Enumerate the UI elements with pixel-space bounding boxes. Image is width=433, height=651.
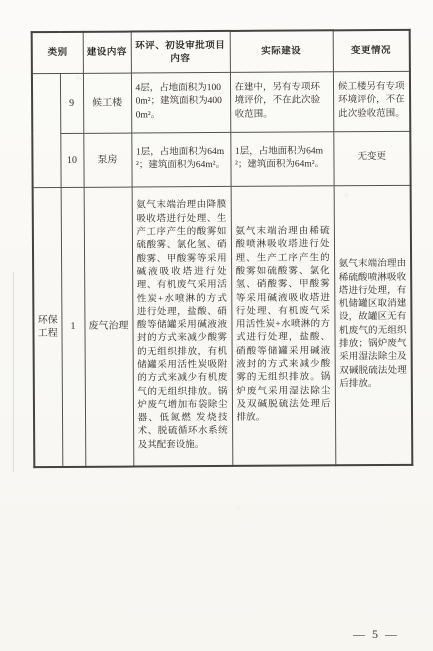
cell-row9-eia: 4层，占地面积为1000m²；建筑面积为4000m²。: [131, 72, 230, 133]
scanned-document-page: 类别 建设内容 环评、初设审批项目内容 实际建设 变更情况 9 候工楼 4层，占…: [0, 0, 433, 651]
page-number: — 5 —: [353, 627, 399, 642]
header-actual-construction: 实际建设: [230, 30, 333, 72]
cell-env-eia: 氨气末端治理由降膜吸收塔进行处理、生产工序产生的酸雾如硫酸雾、氯化氢、硝酸雾、甲…: [132, 186, 233, 467]
cell-row10-number: 10: [60, 133, 83, 187]
cell-row10-change: 无变更: [333, 131, 410, 185]
cell-row9-actual: 在建中，另有专项环境评价，不在此次验收范围。: [230, 71, 333, 132]
cell-row10-actual: 1层，占地面积为64m²；建筑面积为64m²。: [230, 131, 333, 186]
header-eia-approved-content: 环评、初设审批项目内容: [131, 31, 230, 73]
header-construction-content: 建设内容: [83, 32, 131, 73]
cell-row10-content-name: 泵房: [83, 133, 131, 187]
construction-change-table: 类别 建设内容 环评、初设审批项目内容 实际建设 变更情况 9 候工楼 4层，占…: [31, 29, 414, 468]
cell-row9-change: 候工楼另有专项环境评价，不在此次验收范围。: [333, 71, 410, 131]
cell-category-env-protection: 环保工程: [33, 187, 63, 467]
table-row-10: 10 泵房 1层，占地面积为64m²；建筑面积为64m²。 1层，占地面积为64…: [32, 131, 410, 187]
cell-env-actual: 氨气末端治理由稀硫酸喷淋吸收塔进行处理、生产工序产生的酸雾如硫酸雾、氯化氢、硝酸…: [231, 185, 336, 466]
table-header-row: 类别 建设内容 环评、初设审批项目内容 实际建设 变更情况: [32, 30, 410, 73]
cell-env-number: 1: [61, 187, 86, 467]
cell-row9-content-name: 候工楼: [83, 73, 131, 133]
cell-category-empty: [32, 73, 61, 187]
table-region: 类别 建设内容 环评、初设审批项目内容 实际建设 变更情况 9 候工楼 4层，占…: [31, 29, 412, 468]
header-change-status: 变更情况: [333, 30, 410, 71]
header-category: 类别: [32, 32, 83, 73]
cell-row9-number: 9: [60, 73, 83, 133]
table-row-env-protection: 环保工程 1 废气治理 氨气末端治理由降膜吸收塔进行处理、生产工序产生的酸雾如硫…: [33, 185, 413, 467]
cell-env-content-name: 废气治理: [84, 187, 134, 467]
scan-artifact-line: [13, 272, 14, 472]
cell-env-change: 氨气末端治理由稀硫酸喷淋吸收塔进行处理，有机储罐区取消建设，故罐区无有机废气的无…: [334, 185, 413, 465]
cell-row10-eia: 1层，占地面积为64m²；建筑面积为64m²。: [131, 132, 230, 187]
table-row-9: 9 候工楼 4层，占地面积为1000m²；建筑面积为4000m²。 在建中，另有…: [32, 71, 410, 133]
